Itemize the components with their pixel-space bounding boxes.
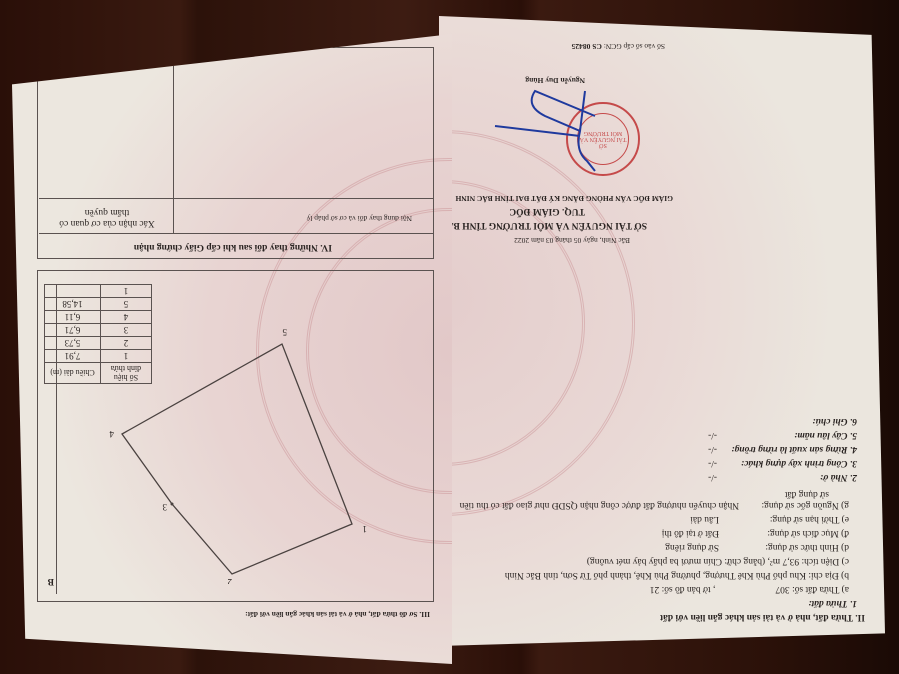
signer-name: Nguyễn Duy Hùng (525, 75, 585, 84)
table-row: 36,71 (45, 324, 152, 337)
col-length: Chiều dài (m) (45, 363, 101, 384)
col-vertex: Số hiệu đỉnh thửa (101, 363, 152, 384)
table-row: 25,73 (45, 337, 152, 350)
page-land-info: II. Thửa đất, nhà ở và tài sản khác gắn … (439, 16, 885, 646)
usage-term: e) Thời hạn sử dụng:Lâu dài (770, 513, 849, 524)
section-2-title: II. Thửa đất, nhà ở và tài sản khác gắn … (660, 611, 865, 622)
north-label: B (48, 575, 54, 586)
org-line-3: GIÁM ĐỐC VĂN PHÒNG ĐĂNG KÝ ĐẤT ĐAI TỈNH … (455, 193, 673, 202)
svg-text:3: 3 (162, 502, 167, 512)
perennial-trees: 5. Cây lâu năm:-/- (794, 429, 857, 440)
house-label: 2. Nhà ở:-/- (820, 471, 857, 482)
table-row: 17,91 (45, 350, 152, 363)
production-forest: 4. Rừng sản xuất là rừng trồng:-/- (731, 443, 857, 454)
svg-text:5: 5 (282, 327, 287, 337)
svg-text:1: 1 (363, 524, 368, 534)
land-number: a) Thửa đất số: 307, tờ bản đồ số: 21 (650, 583, 849, 594)
page-diagram: III. Sơ đồ thửa đất, nhà ở và tài sản kh… (12, 34, 452, 664)
land-address: b) Địa chỉ: Khu phố Phù Khê Thượng, phườ… (505, 569, 849, 580)
usage-form: d) Hình thức sử dụng:Sử dụng riêng (765, 541, 849, 552)
notes: 6. Ghi chú: (812, 415, 857, 426)
divider (39, 233, 434, 234)
divider (173, 49, 174, 234)
edge-length-table: Số hiệu đỉnh thửa Chiều dài (m) 17,91 25… (44, 284, 152, 384)
diagram-title: III. Sơ đồ thửa đất, nhà ở và tài sản kh… (245, 609, 430, 618)
other-construction: 3. Công trình xây dựng khác:-/- (741, 457, 857, 468)
signature (475, 81, 605, 191)
registry-line: Số vào sổ cấp GCN: CS 08425 (572, 41, 665, 50)
certificate-spread: II. Thửa đất, nhà ở và tài sản khác gắn … (0, 0, 899, 674)
changes-title: IV. Những thay đổi sau khi cấp Giấy chứn… (134, 241, 332, 252)
table-row: 1 (45, 285, 152, 298)
divider (39, 198, 434, 199)
table-row: 46,11 (45, 311, 152, 324)
usage-purpose: đ) Mục đích sử dụng:Đất ở tại đô thị (767, 527, 849, 538)
land-heading: 1. Thửa đất: (808, 597, 857, 608)
org-line-2: TUQ. GIÁM ĐỐC (509, 205, 585, 216)
svg-text:4: 4 (109, 429, 114, 439)
changes-col-confirm: Xác nhận của cơ quan có thẩm quyền (52, 206, 162, 228)
land-area: c) Diện tích: 93,7 m², (bằng chữ: Chín m… (587, 555, 849, 566)
changes-col-content: Nội dung thay đổi và cơ sở pháp lý (307, 213, 412, 222)
svg-text:2: 2 (228, 577, 233, 584)
usage-origin: g) Nguồn gốc sử dụng: Nhận chuyển nhượng… (469, 488, 849, 510)
table-row: 514,58 (45, 298, 152, 311)
issue-date: Bắc Ninh, ngày 05 tháng 03 năm 2022 (514, 235, 630, 244)
